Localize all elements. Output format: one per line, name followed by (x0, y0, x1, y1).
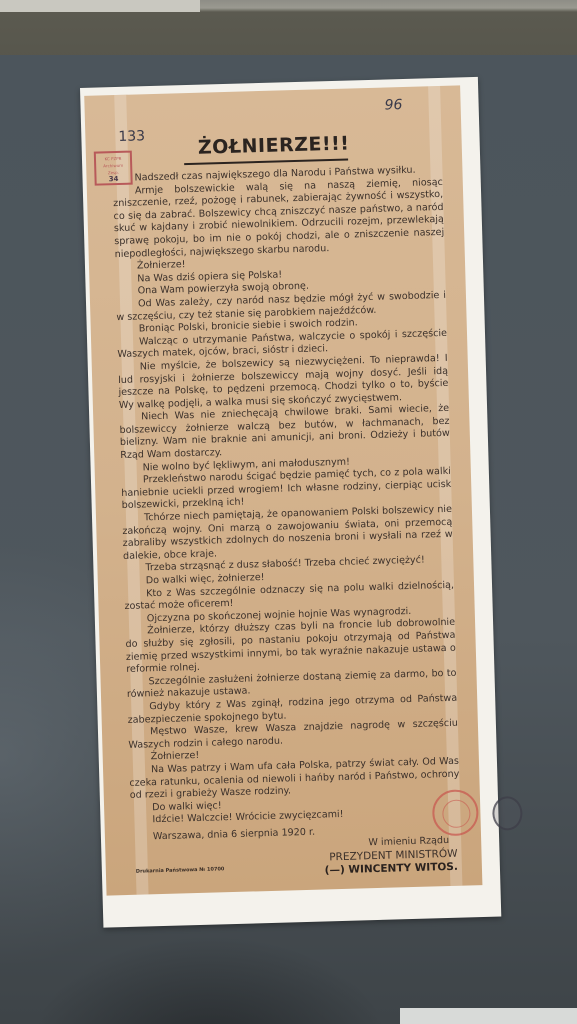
paragraph: Nie myślcie, że bolszewicy są niezwycięż… (118, 353, 449, 413)
red-seal-stamp (432, 789, 479, 836)
background-highlight (0, 0, 200, 12)
paragraph-list: Nadszedł czas największego dla Narodu i … (112, 164, 460, 828)
background-shelf (0, 0, 577, 62)
document-mount: 133 96 KC PZPR Archiwum Zesp. 34 ŻOŁNIER… (80, 77, 501, 928)
signature-name-text: (—) WINCENTY WITOS. (325, 860, 459, 876)
proclamation-body: Nadszedł czas największego dla Narodu i … (112, 164, 462, 882)
proclamation-paper: 133 96 KC PZPR Archiwum Zesp. 34 ŻOŁNIER… (84, 85, 482, 895)
title-underline (184, 159, 348, 166)
paragraph: Armje bolszewickie walą się na naszą zie… (113, 177, 445, 262)
paragraph: Żołnierze, którzy dłuższy czas byli na f… (125, 617, 456, 677)
paragraph: Niech Was nie zniechęcają chwilowe braki… (119, 403, 450, 463)
background-label-strip (400, 1008, 577, 1024)
handwritten-number-right: 96 (384, 97, 402, 113)
